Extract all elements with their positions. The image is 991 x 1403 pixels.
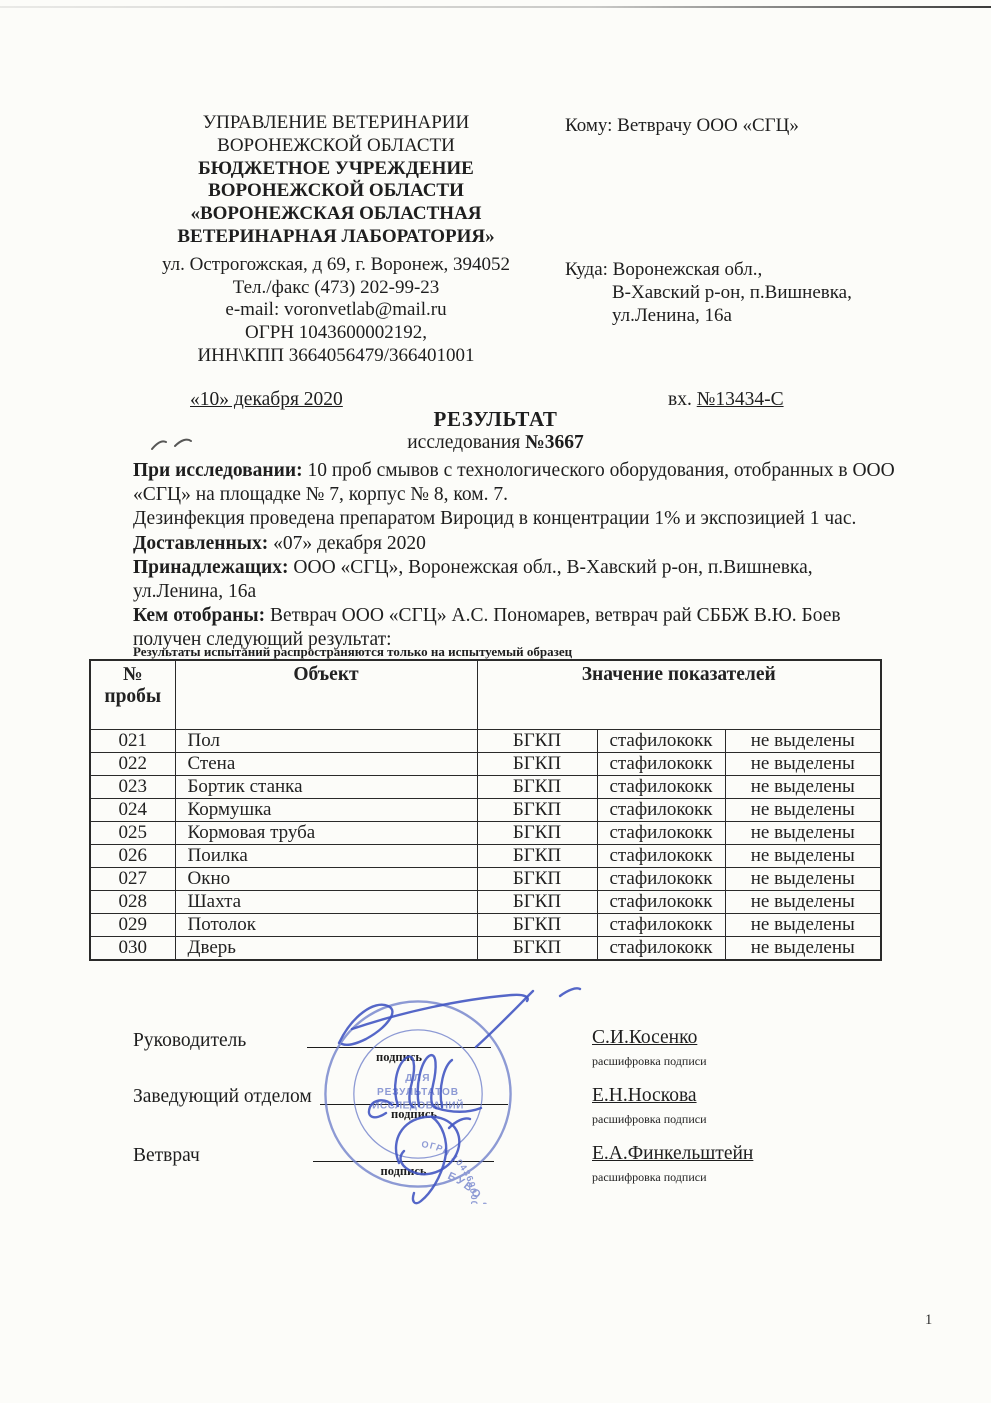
signature-role-label: Заведующий отделом: [133, 1086, 312, 1108]
stamp-center-line: РЕЗУЛЬТАТОВ: [377, 1087, 459, 1098]
cell-indicator-bgkp: БГКП: [477, 753, 597, 776]
cell-indicator-bgkp: БГКП: [477, 845, 597, 868]
body-line: Дезинфекция проведена препаратом Вироцид…: [133, 507, 895, 531]
destination-line: ул.Ленина, 16а: [565, 304, 935, 327]
cell-sample-id: 027: [90, 868, 175, 891]
cell-sample-id: 022: [90, 753, 175, 776]
cell-indicator-staph: стафилококк: [597, 753, 725, 776]
cell-object: Поилка: [175, 845, 477, 868]
subtitle-text: исследования: [407, 432, 525, 453]
org-line: ВОРОНЕЖСКОЙ ОБЛАСТИ: [140, 180, 532, 203]
cell-sample-id: 029: [90, 914, 175, 937]
cell-indicator-staph: стафилококк: [597, 891, 725, 914]
table-row: 022 Стена БГКП стафилококк не выделены: [90, 753, 881, 776]
body-line: Принадлежащих: ООО «СГЦ», Воронежская об…: [133, 556, 895, 580]
scan-artifact-line: [0, 6, 991, 8]
signature-name: С.И.Косенко: [592, 1027, 697, 1049]
cell-sample-id: 023: [90, 776, 175, 799]
cell-indicator-bgkp: БГКП: [477, 730, 597, 753]
cell-sample-id: 026: [90, 845, 175, 868]
signature-decode-label: расшифровка подписи: [592, 1170, 707, 1185]
cell-indicator-staph: стафилококк: [597, 868, 725, 891]
cell-sample-id: 021: [90, 730, 175, 753]
cell-result: не выделены: [725, 776, 881, 799]
cell-object: Кормовая труба: [175, 822, 477, 845]
body-line: Доставленных: «07» декабря 2020: [133, 532, 895, 556]
table-row: 021 Пол БГКП стафилококк не выделены: [90, 730, 881, 753]
signature-role-label: Руководитель: [133, 1030, 246, 1052]
cell-object: Шахта: [175, 891, 477, 914]
table-row: 030 Дверь БГКП стафилококк не выделены: [90, 937, 881, 961]
cell-indicator-bgkp: БГКП: [477, 914, 597, 937]
cell-object: Пол: [175, 730, 477, 753]
table-header-row: № пробы Объект Значение показателей: [90, 660, 881, 730]
stamp-numbers-text: ОГРН 1043600002192 • ИНН 3664056479: [373, 1139, 479, 1204]
destination-line: Куда: Воронежская обл.,: [565, 258, 935, 281]
cell-indicator-bgkp: БГКП: [477, 868, 597, 891]
cell-indicator-bgkp: БГКП: [477, 937, 597, 961]
recipient-block: Кому: Ветврачу ООО «СГЦ» Куда: Воронежск…: [565, 114, 935, 327]
cell-sample-id: 025: [90, 822, 175, 845]
table-row: 025 Кормовая труба БГКП стафилококк не в…: [90, 822, 881, 845]
org-ogrn-line: ОГРН 1043600002192,: [140, 322, 532, 345]
cell-result: не выделены: [725, 868, 881, 891]
cell-indicator-staph: стафилококк: [597, 937, 725, 961]
body-line: ул.Ленина, 16а: [133, 580, 895, 604]
table-row: 026 Поилка БГКП стафилококк не выделены: [90, 845, 881, 868]
letterhead-org-block: УПРАВЛЕНИЕ ВЕТЕРИНАРИИ ВОРОНЕЖСКОЙ ОБЛАС…: [140, 112, 532, 368]
cell-sample-id: 030: [90, 937, 175, 961]
cell-result: не выделены: [725, 799, 881, 822]
study-number: №3667: [525, 432, 584, 453]
cell-indicator-staph: стафилококк: [597, 730, 725, 753]
cell-object: Бортик станка: [175, 776, 477, 799]
signature-decode-label: расшифровка подписи: [592, 1054, 707, 1069]
org-phone-line: Тел./факс (473) 202-99-23: [140, 277, 532, 300]
recipient-line: Кому: Ветврачу ООО «СГЦ»: [565, 114, 935, 137]
table-row: 027 Окно БГКП стафилококк не выделены: [90, 868, 881, 891]
cell-result: не выделены: [725, 822, 881, 845]
page-title: РЕЗУЛЬТАТ: [0, 407, 991, 432]
cell-result: не выделены: [725, 914, 881, 937]
cell-result: не выделены: [725, 891, 881, 914]
cell-indicator-staph: стафилококк: [597, 822, 725, 845]
stamp-center-line: ИССЛЕДОВАНИЙ: [372, 1099, 464, 1112]
stamp-center-line: ДЛЯ: [405, 1073, 431, 1084]
body-line: При исследовании: 10 проб смывов с техно…: [133, 459, 895, 483]
col-header-object: Объект: [175, 660, 477, 730]
signature-name: Е.Н.Носкова: [592, 1085, 697, 1107]
round-stamp: БУВО «ВОРОНЕЖСКАЯ ОБЛВЕТЛАБОРАТОРИЯ» ОГР…: [308, 984, 528, 1204]
table-row: 029 Потолок БГКП стафилококк не выделены: [90, 914, 881, 937]
results-table: № пробы Объект Значение показателей 021 …: [89, 659, 882, 961]
col-header-indicators: Значение показателей: [477, 660, 881, 730]
page-subtitle: исследования №3667: [0, 432, 991, 454]
org-email-line: e-mail: voronvetlab@mail.ru: [140, 299, 532, 322]
org-line: ВЕТЕРИНАРНАЯ ЛАБОРАТОРИЯ»: [140, 226, 532, 249]
cell-object: Кормушка: [175, 799, 477, 822]
org-line: УПРАВЛЕНИЕ ВЕТЕРИНАРИИ: [140, 112, 532, 135]
col-header-sample-no: № пробы: [90, 660, 175, 730]
results-table-body: 021 Пол БГКП стафилококк не выделены 022…: [90, 730, 881, 961]
table-row: 023 Бортик станка БГКП стафилококк не вы…: [90, 776, 881, 799]
cell-object: Стена: [175, 753, 477, 776]
table-row: 024 Кормушка БГКП стафилококк не выделен…: [90, 799, 881, 822]
org-line: ВОРОНЕЖСКОЙ ОБЛАСТИ: [140, 135, 532, 158]
page-number: 1: [925, 1312, 932, 1329]
cell-indicator-bgkp: БГКП: [477, 776, 597, 799]
body-line: Кем отобраны: Ветврач ООО «СГЦ» А.С. Пон…: [133, 604, 895, 628]
cell-result: не выделены: [725, 753, 881, 776]
cell-indicator-bgkp: БГКП: [477, 822, 597, 845]
signature-name: Е.А.Финкельштейн: [592, 1143, 753, 1165]
cell-indicator-staph: стафилококк: [597, 845, 725, 868]
cell-object: Потолок: [175, 914, 477, 937]
scanned-document-page: УПРАВЛЕНИЕ ВЕТЕРИНАРИИ ВОРОНЕЖСКОЙ ОБЛАС…: [0, 0, 991, 1403]
destination-line: В-Хавский р-он, п.Вишневка,: [565, 281, 935, 304]
cell-object: Дверь: [175, 937, 477, 961]
signature-decode-label: расшифровка подписи: [592, 1112, 707, 1127]
cell-indicator-bgkp: БГКП: [477, 799, 597, 822]
cell-indicator-staph: стафилококк: [597, 776, 725, 799]
org-line: БЮДЖЕТНОЕ УЧРЕЖДЕНИЕ: [140, 158, 532, 181]
signature-role-label: Ветврач: [133, 1145, 200, 1167]
body-text-block: При исследовании: 10 проб смывов с техно…: [133, 459, 895, 653]
cell-sample-id: 024: [90, 799, 175, 822]
org-address-line: ул. Острогожская, д 69, г. Воронеж, 3940…: [140, 254, 532, 277]
cell-indicator-staph: стафилококк: [597, 799, 725, 822]
disclaimer-text: Результаты испытаний распространяются то…: [133, 644, 572, 660]
cell-indicator-staph: стафилококк: [597, 914, 725, 937]
cell-indicator-bgkp: БГКП: [477, 891, 597, 914]
org-line: «ВОРОНЕЖСКАЯ ОБЛАСТНАЯ: [140, 203, 532, 226]
cell-sample-id: 028: [90, 891, 175, 914]
cell-result: не выделены: [725, 730, 881, 753]
org-inn-line: ИНН\КПП 3664056479/366401001: [140, 345, 532, 368]
table-row: 028 Шахта БГКП стафилококк не выделены: [90, 891, 881, 914]
cell-object: Окно: [175, 868, 477, 891]
body-line: «СГЦ» на площадке № 7, корпус № 8, ком. …: [133, 483, 895, 507]
cell-result: не выделены: [725, 845, 881, 868]
cell-result: не выделены: [725, 937, 881, 961]
